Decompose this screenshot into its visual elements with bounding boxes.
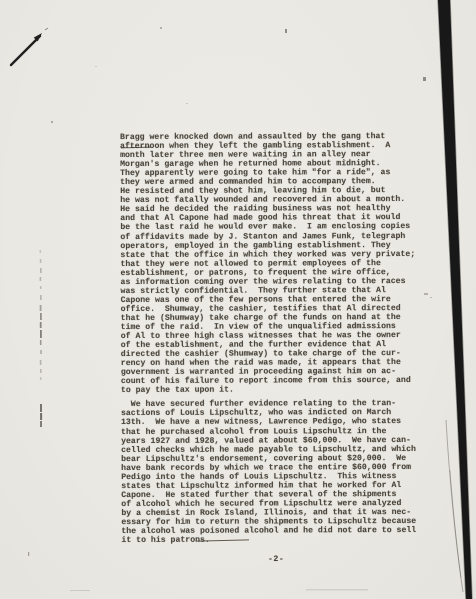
handwritten-arrow-mark bbox=[11, 28, 48, 65]
scanned-document-page: Bragg were knocked down and assaulted by… bbox=[0, 0, 476, 599]
typewritten-text-block: Bragg were knocked down and assaulted by… bbox=[120, 132, 423, 545]
binder-edge-marks bbox=[28, 250, 42, 556]
text-line: years 1927 and 1928, valued at about $60… bbox=[121, 435, 423, 445]
scan-edge-band-artifact bbox=[438, 0, 472, 599]
text-line: operators, employed in the gambling esta… bbox=[120, 241, 422, 251]
text-line: it to his patrons. bbox=[121, 535, 423, 545]
text-line: count of his failure to report income fr… bbox=[121, 376, 423, 386]
text-line: that he purchased alcohol from Louis Lip… bbox=[121, 426, 423, 436]
text-line: be the last raid he would ever make. I a… bbox=[120, 222, 422, 232]
text-line: the alcohol was poisoned alcohol and he … bbox=[121, 526, 423, 536]
paragraph-lipschultz-evidence: We have secured further evidence relatin… bbox=[121, 399, 424, 545]
text-line: to pay the tax upon it. bbox=[121, 385, 423, 395]
paragraph-gambling-raid: Bragg were knocked down and assaulted by… bbox=[120, 132, 423, 395]
text-line: 13th. We have a new witness, Lawrence Pe… bbox=[121, 417, 423, 427]
page-number: -2- bbox=[268, 555, 284, 564]
text-line: of affidavits made by J. Stanton and Jam… bbox=[120, 231, 422, 241]
